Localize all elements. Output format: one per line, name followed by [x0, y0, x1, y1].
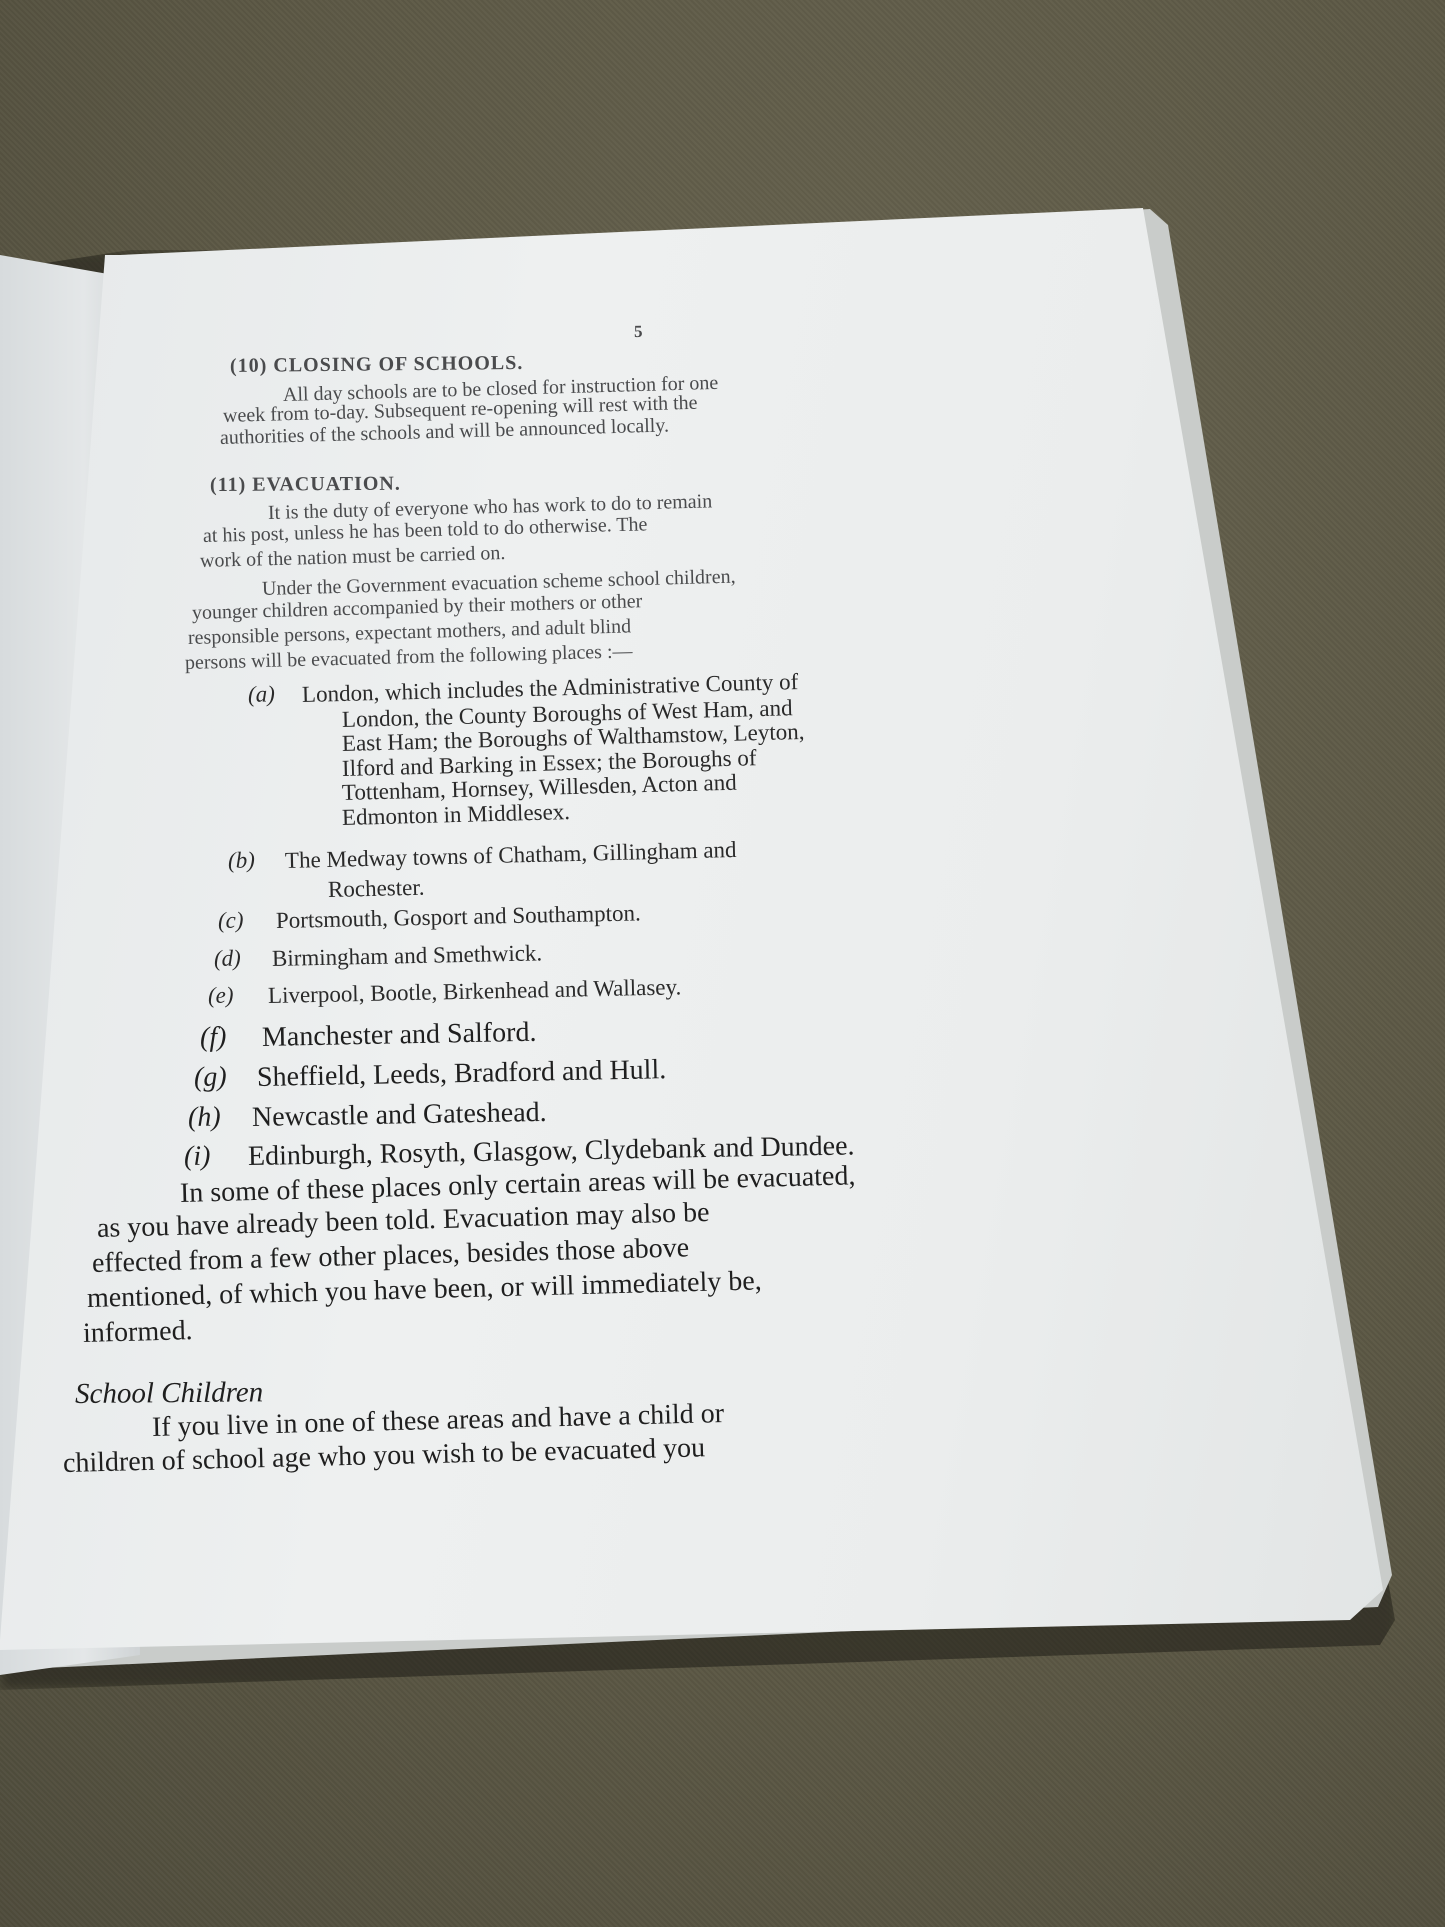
- place-line: Manchester and Salford.: [262, 1017, 537, 1054]
- place-line: The Medway towns of Chatham, Gillingham …: [285, 837, 737, 874]
- place-marker: (c): [218, 907, 244, 934]
- place-line: Birmingham and Smethwick.: [272, 940, 543, 972]
- place-line: Newcastle and Gateshead.: [252, 1097, 547, 1134]
- place-marker: (b): [228, 847, 255, 874]
- place-line: Edmonton in Middlesex.: [342, 799, 571, 831]
- place-marker: (i): [184, 1141, 211, 1173]
- place-line: Sheffield, Leeds, Bradford and Hull.: [257, 1054, 667, 1094]
- place-line: Portsmouth, Gosport and Southampton.: [276, 900, 641, 934]
- section-10-heading: (10) CLOSING OF SCHOOLS.: [230, 352, 524, 378]
- section-11-heading: (11) EVACUATION.: [210, 473, 401, 497]
- place-marker: (d): [214, 945, 241, 972]
- place-line: Liverpool, Bootle, Birkenhead and Wallas…: [268, 974, 682, 1009]
- school-children-heading: School Children: [75, 1376, 263, 1411]
- place-marker: (g): [194, 1061, 227, 1094]
- place-marker: (h): [188, 1101, 221, 1134]
- place-marker: (e): [208, 982, 234, 1009]
- place-marker: (f): [200, 1021, 227, 1054]
- page-text: 5 (10) CLOSING OF SCHOOLS. All day schoo…: [0, 0, 1445, 1927]
- place-marker: (a): [248, 681, 275, 708]
- page-number: 5: [634, 322, 643, 342]
- place-line: Rochester.: [328, 874, 425, 902]
- para3-line: informed.: [83, 1315, 193, 1350]
